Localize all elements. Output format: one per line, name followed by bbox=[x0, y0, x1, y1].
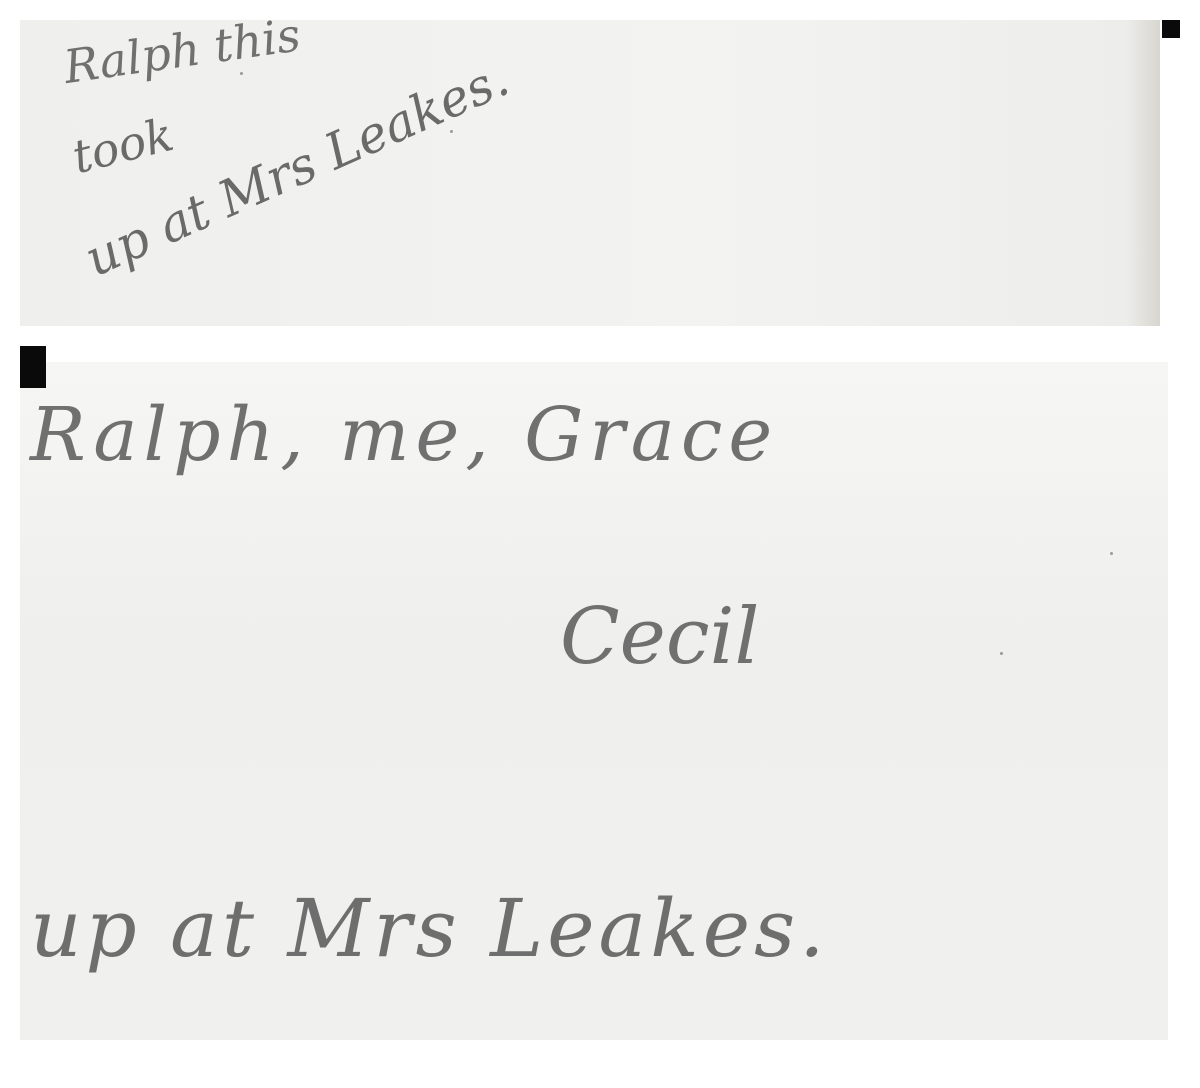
handwritten-line: Ralph this bbox=[60, 20, 303, 94]
handwritten-line: up at Mrs Leakes. bbox=[30, 882, 829, 975]
paper-speck bbox=[1110, 552, 1113, 555]
paper-speck bbox=[1000, 652, 1003, 655]
handwritten-line: up at Mrs Leakes. bbox=[76, 49, 517, 288]
scan-corner-mark bbox=[1162, 20, 1180, 38]
bottom-note-fragment: Ralph, me, Grace Cecil up at Mrs Leakes. bbox=[20, 362, 1168, 1040]
handwritten-line: took bbox=[67, 107, 179, 184]
paper-speck bbox=[450, 130, 453, 133]
top-note-fragment: Ralph this took up at Mrs Leakes. bbox=[20, 20, 1160, 326]
handwritten-line: Cecil bbox=[560, 592, 759, 682]
paper-speck bbox=[240, 72, 243, 75]
scan-corner-mark bbox=[20, 346, 46, 388]
handwritten-line: Ralph, me, Grace bbox=[30, 392, 778, 478]
